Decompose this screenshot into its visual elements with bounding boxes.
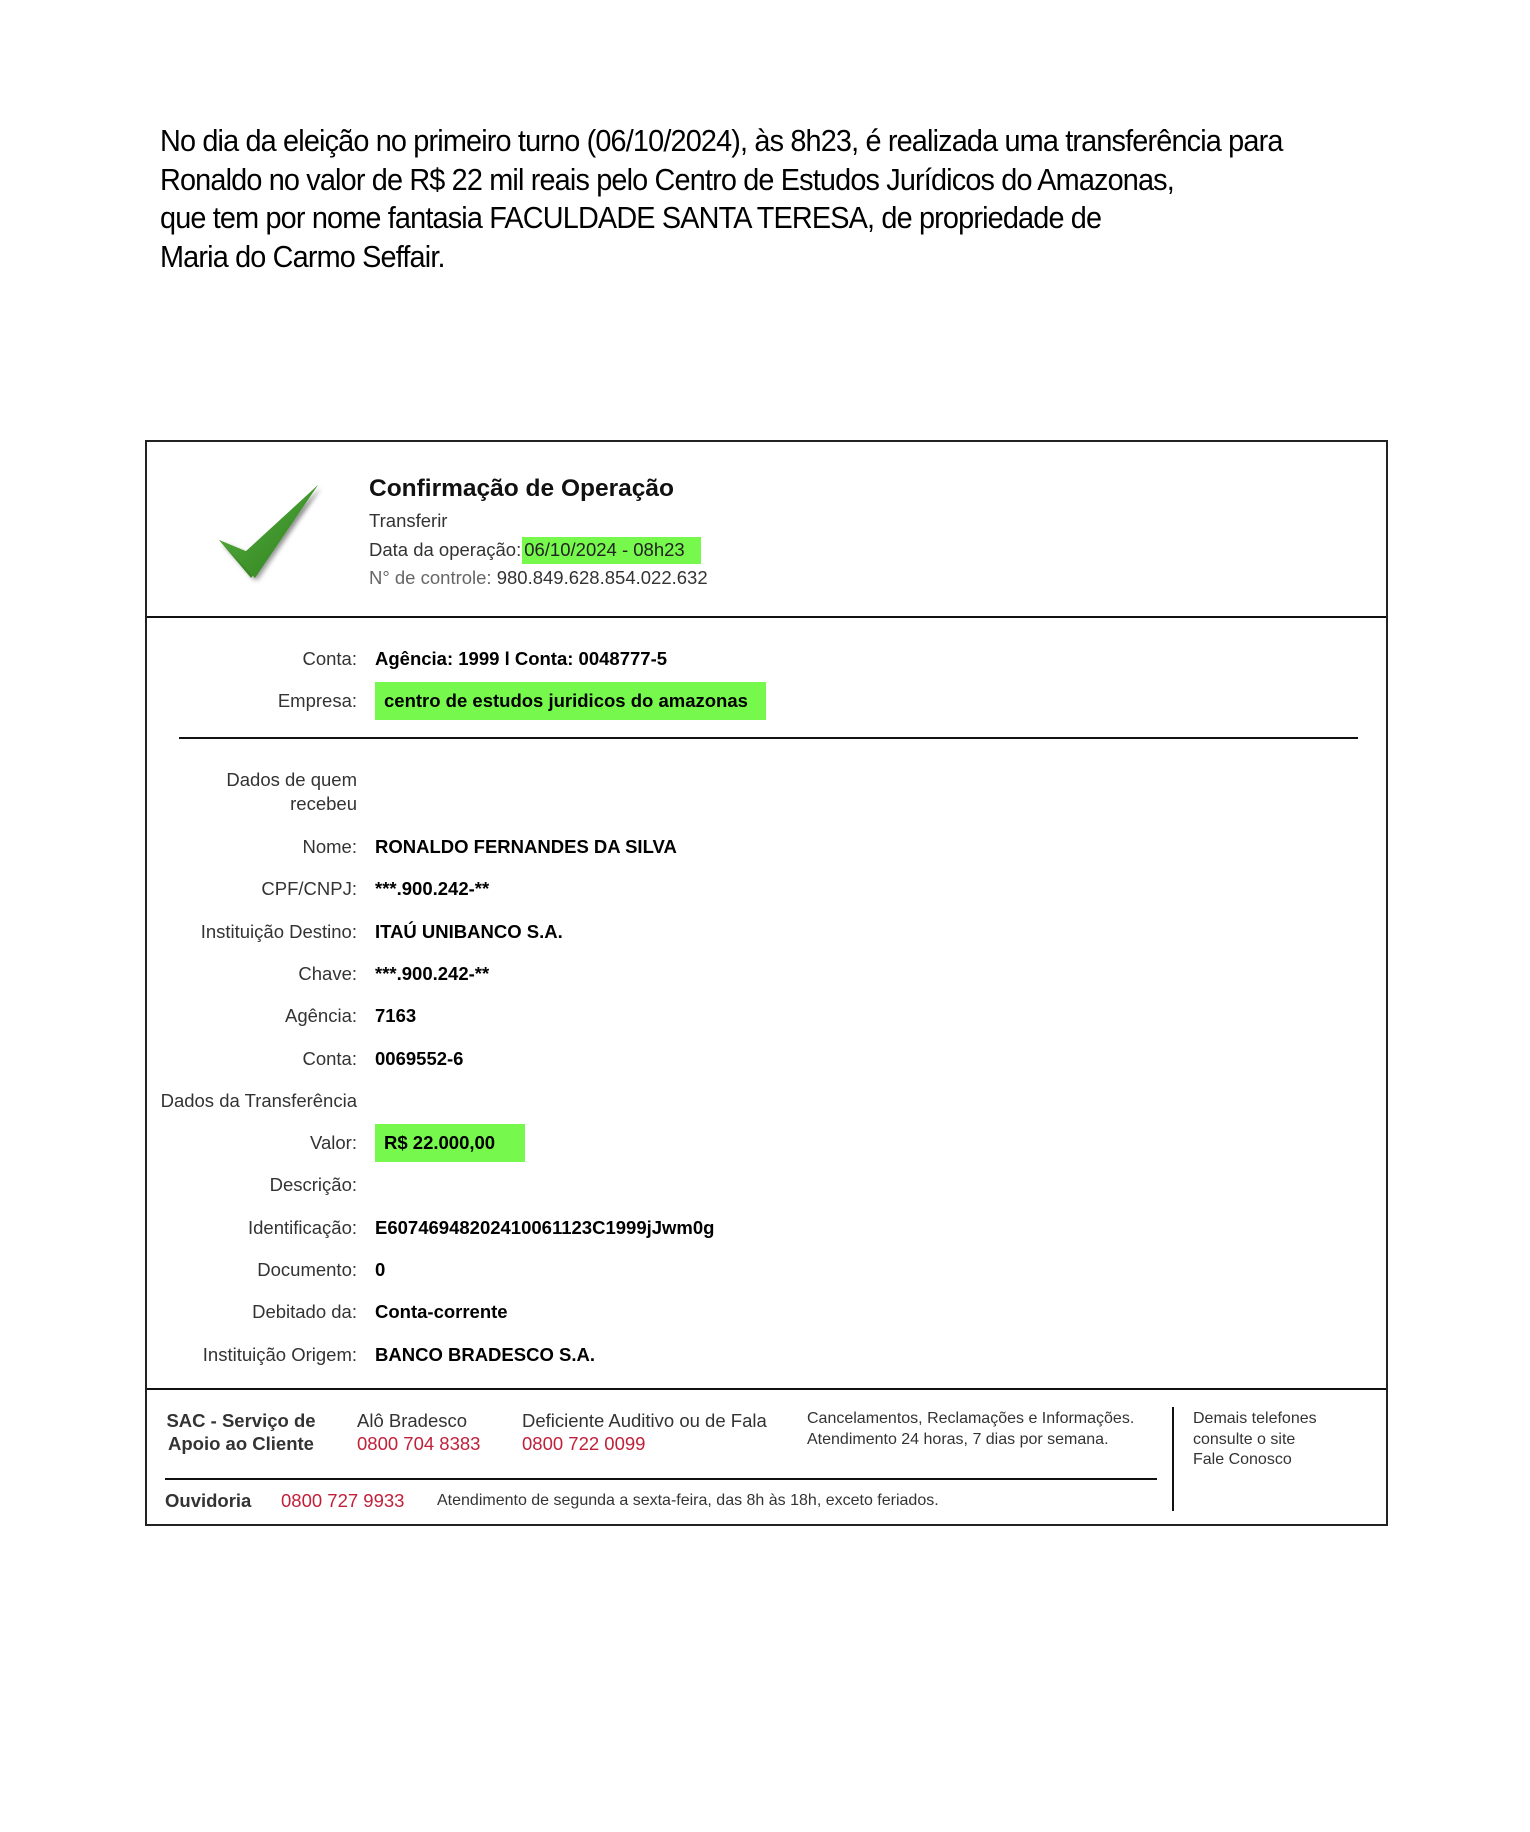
other-phones-line: consulte o site (1193, 1430, 1317, 1451)
operation-date: Data da operação:06/10/2024 - 08h23 (369, 537, 701, 564)
field-label: Debitado da: (252, 1297, 357, 1327)
operation-date-value: 06/10/2024 - 08h23 (522, 537, 700, 564)
field-value: ***.900.242-** (375, 874, 489, 904)
ouvidoria-label: Ouvidoria (165, 1490, 251, 1512)
other-phones-line: Demais telefones (1193, 1409, 1317, 1430)
transfer-section-label: Dados da Transferência (131, 1089, 357, 1113)
transfer-receipt: Confirmação de Operação Transferir Data … (145, 440, 1388, 1526)
transfer-origin-row: Instituição Origem: BANCO BRADESCO S.A. (147, 1340, 1386, 1370)
account-value: Agência: 1999 l Conta: 0048777-5 (375, 644, 667, 674)
field-label: Conta: (302, 1044, 357, 1074)
field-value: RONALDO FERNANDES DA SILVA (375, 832, 677, 862)
field-value: 0 (375, 1255, 385, 1285)
field-value: 0069552-6 (375, 1044, 463, 1074)
transfer-document-row: Documento: 0 (147, 1255, 1386, 1285)
field-label: CPF/CNPJ: (261, 874, 357, 904)
alo-bradesco-label: Alô Bradesco (357, 1409, 480, 1432)
receipt-header: Confirmação de Operação Transferir Data … (147, 442, 1386, 618)
headline-line: Maria do Carmo Seffair. (160, 238, 1369, 277)
operation-date-label: Data da operação: (369, 539, 521, 560)
field-label: Agência: (285, 1001, 357, 1031)
alo-bradesco-phone[interactable]: 0800 704 8383 (357, 1432, 480, 1455)
recipient-name-row: Nome: RONALDO FERNANDES DA SILVA (147, 832, 1386, 862)
recipient-key-row: Chave: ***.900.242-** (147, 959, 1386, 989)
recipient-section-line: Dados de quem (147, 768, 357, 792)
receipt-title: Confirmação de Operação (369, 475, 674, 503)
transfer-amount-row: Valor: R$ 22.000,00 (147, 1128, 1386, 1158)
recipient-section-label: Dados de quem recebeu (147, 768, 357, 816)
section-divider (179, 737, 1358, 739)
company-label: Empresa: (278, 686, 357, 716)
other-phones-text: Demais telefones consulte o site Fale Co… (1193, 1409, 1317, 1471)
field-value: E60746948202410061123C1999jJwm0g (375, 1213, 714, 1243)
ouvidoria-hours: Atendimento de segunda a sexta-feira, da… (437, 1492, 939, 1510)
receipt-footer: SAC - Serviço de Apoio ao Cliente Alô Br… (147, 1388, 1386, 1526)
field-label: Identificação: (248, 1213, 357, 1243)
fale-conosco-link[interactable]: Fale Conosco (1193, 1450, 1317, 1471)
sac-label: SAC - Serviço de Apoio ao Cliente (161, 1409, 321, 1455)
company-row: Empresa: centro de estudos juridicos do … (147, 686, 1386, 716)
headline-caption: No dia da eleição no primeiro turno (06/… (160, 122, 1369, 277)
ouvidoria-phone[interactable]: 0800 727 9933 (281, 1490, 404, 1512)
recipient-agency-row: Agência: 7163 (147, 1001, 1386, 1031)
transfer-id-row: Identificação: E60746948202410061123C199… (147, 1213, 1386, 1243)
headline-line: que tem por nome fantasia FACULDADE SANT… (160, 199, 1369, 238)
recipient-account-row: Conta: 0069552-6 (147, 1044, 1386, 1074)
control-number: N° de controle: 980.849.628.854.022.632 (369, 567, 708, 589)
recipient-bank-row: Instituição Destino: ITAÚ UNIBANCO S.A. (147, 917, 1386, 947)
transfer-debited-row: Debitado da: Conta-corrente (147, 1297, 1386, 1327)
headline-line: No dia da eleição no primeiro turno (06/… (160, 122, 1369, 161)
field-value: 7163 (375, 1001, 416, 1031)
company-value: centro de estudos juridicos do amazonas (375, 682, 766, 720)
field-value: ITAÚ UNIBANCO S.A. (375, 917, 563, 947)
account-row: Conta: Agência: 1999 l Conta: 0048777-5 (147, 644, 1386, 674)
field-label: Nome: (303, 832, 358, 862)
field-label: Instituição Origem: (203, 1340, 357, 1370)
field-label: Documento: (257, 1255, 357, 1285)
checkmark-icon (217, 480, 327, 590)
amount-value: R$ 22.000,00 (375, 1124, 525, 1162)
recipient-section-line: recebeu (147, 792, 357, 816)
deficiente-auditivo-phone[interactable]: 0800 722 0099 (522, 1432, 767, 1455)
operation-type: Transferir (369, 510, 447, 532)
cancel-info-text: Cancelamentos, Reclamações e Informações… (807, 1409, 1147, 1450)
deficiente-auditivo-label: Deficiente Auditivo ou de Fala (522, 1409, 767, 1432)
sac-line: SAC - Serviço de (161, 1409, 321, 1432)
field-label: Instituição Destino: (201, 917, 357, 947)
headline-line: Ronaldo no valor de R$ 22 mil reais pelo… (160, 161, 1369, 200)
control-number-value: 980.849.628.854.022.632 (497, 567, 708, 588)
recipient-cpf-row: CPF/CNPJ: ***.900.242-** (147, 874, 1386, 904)
field-label: Valor: (310, 1128, 357, 1158)
field-value: Conta-corrente (375, 1297, 508, 1327)
account-label: Conta: (302, 644, 357, 674)
footer-divider (165, 1478, 1157, 1480)
deficiente-auditivo: Deficiente Auditivo ou de Fala 0800 722 … (522, 1409, 767, 1455)
alo-bradesco: Alô Bradesco 0800 704 8383 (357, 1409, 480, 1455)
control-number-label: N° de controle: (369, 567, 492, 588)
field-label: Chave: (298, 959, 357, 989)
field-value: BANCO BRADESCO S.A. (375, 1340, 595, 1370)
field-value: ***.900.242-** (375, 959, 489, 989)
field-label: Descrição: (270, 1170, 357, 1200)
transfer-description-row: Descrição: (147, 1170, 1386, 1200)
sac-line: Apoio ao Cliente (161, 1432, 321, 1455)
footer-vertical-divider (1172, 1407, 1174, 1511)
